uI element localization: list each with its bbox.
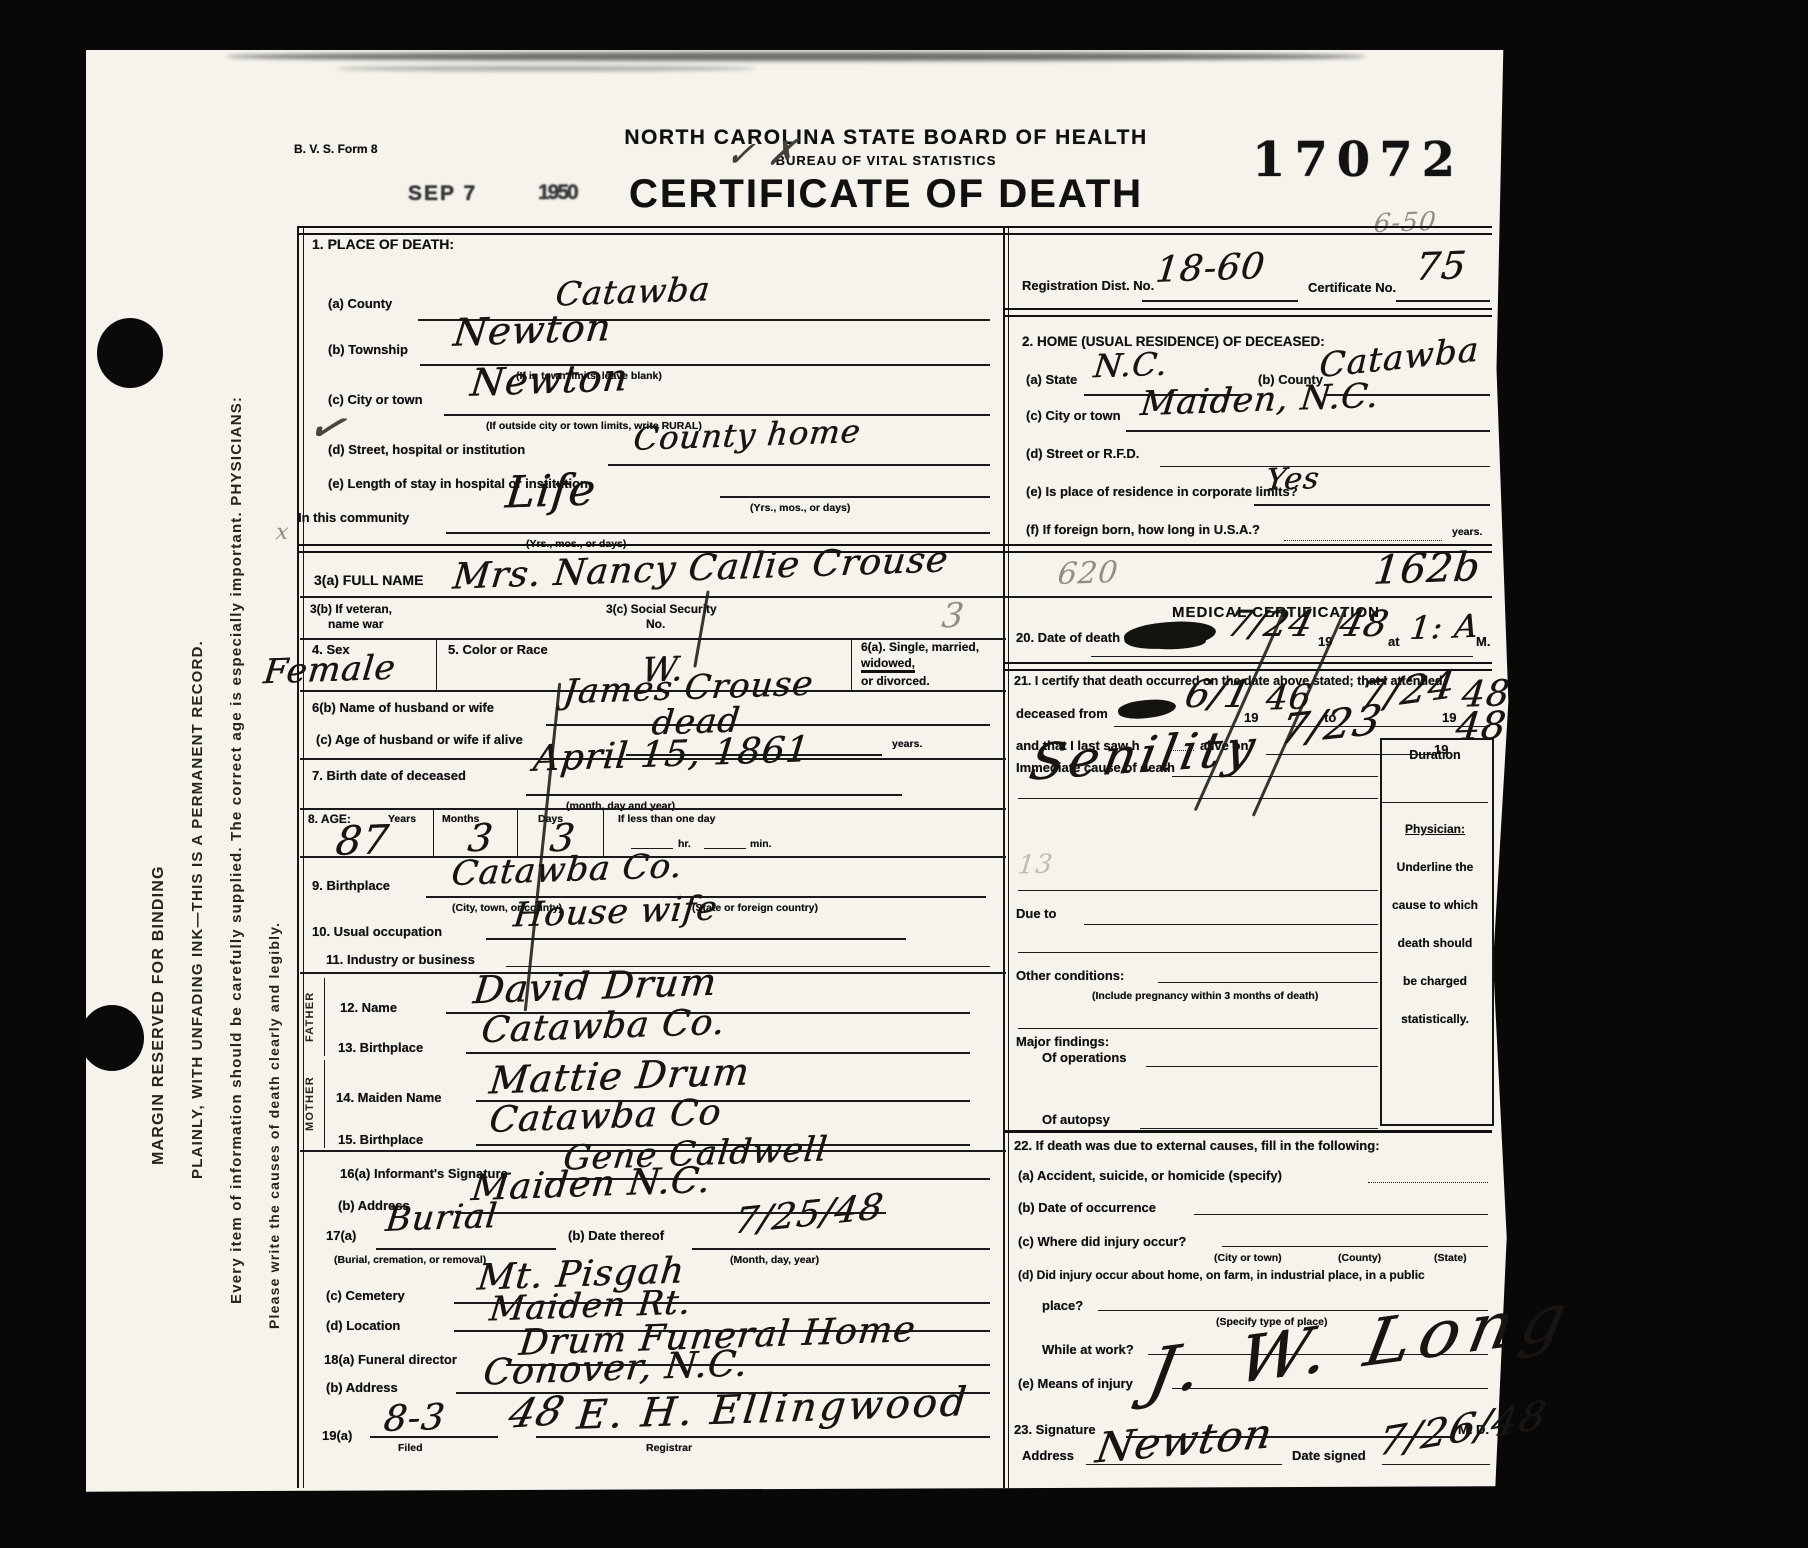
home-street-label: (d) Street or R.F.D. <box>1026 446 1139 461</box>
full-name-label: 3(a) FULL NAME <box>314 572 423 588</box>
full-name-pencil: 620 <box>1056 555 1120 592</box>
physician-address-label: Address <box>1022 1448 1074 1463</box>
margin-ink-note: PLAINLY, WITH UNFADING INK—THIS IS A PER… <box>189 380 206 1440</box>
age-years-label: Years <box>388 813 416 825</box>
margin-pencil-mark: x <box>275 520 291 545</box>
certificate-title: CERTIFICATE OF DEATH <box>536 172 1236 217</box>
form-number: B. V. S. Form 8 <box>294 142 378 156</box>
accident-label: (a) Accident, suicide, or homicide (spec… <box>1018 1168 1282 1183</box>
filed-year-value: 48 <box>504 1388 570 1438</box>
serial-number: 17072 <box>1252 132 1464 188</box>
paper-edge <box>86 1484 1522 1498</box>
signature-label: 23. Signature <box>1014 1422 1096 1437</box>
ssn-label2: No. <box>646 617 665 631</box>
disposal-label: 17(a) <box>326 1228 356 1243</box>
age-less-than-day-label: If less than one day <box>618 813 715 825</box>
major-findings-label: Major findings: <box>1016 1034 1109 1049</box>
registrar-note: Registrar <box>646 1442 692 1454</box>
certificate-paper: MARGIN RESERVED FOR BINDING PLAINLY, WIT… <box>86 50 1522 1498</box>
means-of-injury-label: (e) Means of injury <box>1018 1376 1133 1391</box>
race-label: 5. Color or Race <box>448 642 548 657</box>
injury-place-label-2: place? <box>1042 1298 1083 1313</box>
other-conditions-note: (Include pregnancy within 3 months of de… <box>1092 990 1318 1002</box>
informant-address-value: Maiden N.C. <box>469 1160 713 1209</box>
death-time-value: 1: A <box>1408 607 1481 647</box>
father-birthplace-label: 13. Birthplace <box>338 1040 423 1055</box>
place-of-death-heading: 1. PLACE OF DEATH: <box>312 236 454 252</box>
foreign-born-label: (f) If foreign born, how long in U.S.A.? <box>1026 522 1260 537</box>
stay-note: (Yrs., mos., or days) <box>750 502 850 514</box>
duration-box <box>1380 738 1494 1126</box>
physician-note-6: statistically. <box>1382 1012 1488 1026</box>
disposal-note: (Burial, cremation, or removal) <box>334 1254 486 1266</box>
physician-note-1: Physician: <box>1382 822 1488 836</box>
board-title: NORTH CAROLINA STATE BOARD OF HEALTH <box>506 126 1266 150</box>
received-stamp-month: SEP 7 <box>408 182 477 206</box>
injury-state-note: (State) <box>1434 1252 1467 1264</box>
death-at-label: at <box>1388 634 1400 649</box>
margin-physicians-note: Every item of information should be care… <box>228 230 245 1470</box>
mother-side-label: MOTHER <box>304 1060 316 1148</box>
check-marks: ✓ ✗ <box>724 133 799 175</box>
home-city-label: (c) City or town <box>1026 408 1121 423</box>
father-side-label: FATHER <box>304 978 316 1056</box>
punch-hole <box>97 318 163 388</box>
date-signed-label: Date signed <box>1292 1448 1366 1463</box>
occupation-label: 10. Usual occupation <box>312 924 442 939</box>
birthplace-value: Catawba Co. <box>449 846 684 894</box>
spouse-age-label: (c) Age of husband or wife if alive <box>316 732 523 747</box>
physician-note-4: death should <box>1382 936 1488 950</box>
cemetery-label: (c) Cemetery <box>326 1288 405 1303</box>
file-code-value: 162b <box>1371 544 1482 594</box>
father-name-label: 12. Name <box>340 1000 397 1015</box>
director-address-label: (b) Address <box>326 1380 398 1395</box>
sex-value: Female <box>262 648 398 693</box>
mother-name-label: 14. Maiden Name <box>336 1090 442 1105</box>
home-city-value: Maiden, N.C. <box>1138 376 1381 424</box>
scanned-death-certificate: MARGIN RESERVED FOR BINDING PLAINLY, WIT… <box>0 0 1808 1548</box>
street-label: (d) Street, hospital or institution <box>328 442 525 457</box>
filed-date-value: 8-3 <box>382 1397 448 1440</box>
while-at-work-label: While at work? <box>1042 1342 1134 1357</box>
registration-district-label: Registration Dist. No. <box>1022 278 1154 293</box>
registration-district-value: 18-60 <box>1154 246 1268 291</box>
community-value: Life <box>503 464 598 518</box>
director-address-value: Conover, N.C. <box>481 1343 750 1393</box>
of-aut: Of autopsy <box>1042 1112 1110 1127</box>
city-value: Newton <box>468 355 630 404</box>
physician-address-value: Newton <box>1093 1409 1277 1473</box>
attended-from-label: deceased from <box>1016 706 1108 721</box>
due-to-label-1: Due to <box>1016 906 1056 921</box>
community-label: In this community <box>298 510 409 525</box>
marital-widowed-underlined: widowed, <box>861 656 915 673</box>
other-conditions-label: Other conditions: <box>1016 968 1124 983</box>
ssn-pencil-mark: 3 <box>940 596 967 637</box>
location-label: (d) Location <box>326 1318 400 1333</box>
spouse-age-years-note: years. <box>892 738 922 750</box>
death-m-label: M. <box>1476 634 1490 649</box>
disposal-date-note: (Month, day, year) <box>730 1254 819 1266</box>
birthdate-label: 7. Birth date of deceased <box>312 768 466 783</box>
duration-label: Duration <box>1380 748 1490 762</box>
home-state-label: (a) State <box>1026 372 1077 387</box>
scan-streak <box>336 66 756 71</box>
injury-city-note: (City or town) <box>1214 1252 1282 1264</box>
injury-county-note: (County) <box>1338 1252 1381 1264</box>
where-injury-label: (c) Where did injury occur? <box>1018 1234 1186 1249</box>
filed-note: Filed <box>398 1442 423 1454</box>
birthdate-value: April 15, 1861 <box>531 729 812 780</box>
punch-hole <box>80 1005 144 1071</box>
disposal-value: Burial <box>384 1196 500 1240</box>
marital-label-1: 6(a). Single, married, <box>861 640 979 654</box>
township-label: (b) Township <box>328 342 408 357</box>
corporate-limits-value: Yes <box>1264 461 1321 498</box>
disposal-date-label: (b) Date thereof <box>568 1228 664 1243</box>
margin-causes-note: Please write the causes of death clearly… <box>266 770 282 1480</box>
immediate-cause-value: Senility <box>1025 718 1263 792</box>
mother-birthplace-label: 15. Birthplace <box>338 1132 423 1147</box>
certificate-no-label: Certificate No. <box>1308 280 1396 295</box>
certificate-no-value: 75 <box>1414 243 1469 289</box>
date-occurrence-label: (b) Date of occurrence <box>1018 1200 1156 1215</box>
physician-note-2: Underline the <box>1382 860 1488 874</box>
disposal-date-value: 7/25/48 <box>732 1186 887 1242</box>
funeral-director-label: 18(a) Funeral director <box>324 1352 457 1367</box>
injury-place-label-1: (d) Did injury occur about home, on farm… <box>1018 1268 1425 1282</box>
age-pencil-mark: 13 <box>1016 849 1054 880</box>
occupation-value: House wife <box>511 888 719 935</box>
of-operations-label: Of operations <box>1042 1050 1127 1065</box>
veteran-label: 3(b) If veteran, <box>310 602 392 616</box>
birthdate-note: (month, day and year) <box>566 800 675 812</box>
physician-note-5: be charged <box>1382 974 1488 988</box>
veteran-label2: name war <box>328 617 383 631</box>
to-year-print: 19 <box>1442 710 1456 725</box>
corporate-limits-label: (e) Is place of residence in corporate l… <box>1026 484 1298 499</box>
birthplace-label: 9. Birthplace <box>312 878 390 893</box>
date-of-death-label: 20. Date of death <box>1016 630 1120 645</box>
spouse-label: 6(b) Name of husband or wife <box>312 700 494 715</box>
street-value: County home <box>632 412 863 458</box>
father-birthplace-value: Catawba Co. <box>479 1002 727 1051</box>
bureau-subtitle: BUREAU OF VITAL STATISTICS <box>506 153 1266 168</box>
physician-note-3: cause to which <box>1382 898 1488 912</box>
external-causes-heading: 22. If death was due to external causes,… <box>1014 1138 1380 1153</box>
marital-label-2: or divorced. <box>861 674 930 688</box>
industry-label: 11. Industry or business <box>326 952 475 967</box>
township-value: Newton <box>451 305 613 354</box>
foreign-born-years-note: years. <box>1452 526 1482 538</box>
date-signed-value: 7/26/48 <box>1375 1392 1550 1465</box>
home-heading: 2. HOME (USUAL RESIDENCE) OF DECEASED: <box>1022 334 1325 349</box>
filed-label: 19(a) <box>322 1428 352 1443</box>
scan-streak <box>226 52 1366 61</box>
community-note: (Yrs., mos., or days) <box>526 538 626 550</box>
margin-binding-note: MARGIN RESERVED FOR BINDING <box>150 690 168 1340</box>
county-label: (a) County <box>328 296 392 311</box>
home-state-value: N.C. <box>1092 345 1170 386</box>
age-min-label: min. <box>750 838 772 850</box>
ssn-label: 3(c) Social Security <box>606 602 717 616</box>
